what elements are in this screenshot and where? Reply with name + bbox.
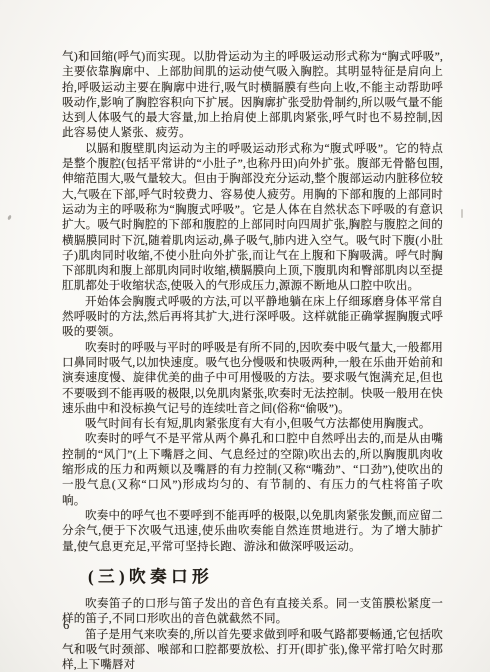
paragraph: 吸气时间有长有短,肌肉紧张度有大有小,但吸气方法都使用胸腹式。 (62, 417, 443, 432)
page-number: 6 (63, 618, 69, 633)
section-heading: (三)吹奏口形 (88, 569, 443, 584)
paragraph: 吹奏时的呼气不是平常从两个鼻孔和口腔中自然呼出去的,而是从由嘴控制的“风门”(上… (62, 432, 443, 508)
scan-speck-right-icon (461, 209, 463, 218)
paragraph: 吹奏中的呼气也不要呼到不能再呼的极限,以免肌肉紧张发颤,而应留二分余气,便于下次… (62, 509, 443, 555)
book-page: 气)和回缩(呼气)而实现。以肋骨运动为主的呼吸运动形式称为“胸式呼吸”,主要依靠… (0, 0, 490, 672)
paragraph: 以膈和腹壁肌肉运动为主的呼吸运动形式称为“腹式呼吸”。它的特点是整个腹腔(包括平… (62, 142, 443, 295)
paragraph: 吹奏笛子的口形与笛子发出的音色有直接关系。同一支笛膜松紧度一样的笛子,不同口形吹… (62, 597, 443, 628)
paragraph: 气)和回缩(呼气)而实现。以肋骨运动为主的呼吸运动形式称为“胸式呼吸”,主要依靠… (62, 50, 443, 142)
paragraph: 开始体会胸腹式呼吸的方法,可以平静地躺在床上仔细琢磨身体平常自然呼吸时的方法,然… (62, 295, 443, 341)
paragraph: 吹奏时的呼吸与平时的呼吸是有所不同的,因吹奏中吸气量大,一般都用口鼻同时吸气,以… (62, 341, 443, 417)
scan-speck-left-icon (7, 215, 12, 221)
text-block: 气)和回缩(呼气)而实现。以肋骨运动为主的呼吸运动形式称为“胸式呼吸”,主要依靠… (62, 50, 443, 672)
paragraph: 笛子是用气来吹奏的,所以首先要求做到呼和吸气路都要畅通,它包括吹气和吸气时颈部、… (62, 628, 443, 672)
